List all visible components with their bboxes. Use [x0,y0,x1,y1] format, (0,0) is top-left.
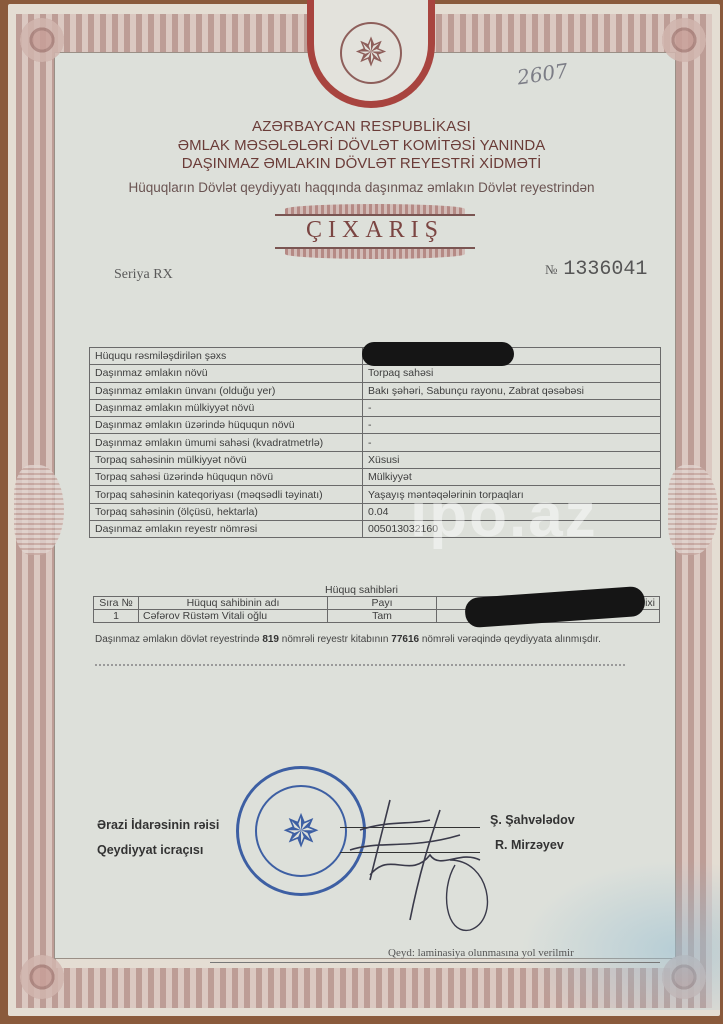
header-subtitle: Hüquqların Dövlət qeydiyyatı haqqında da… [0,180,723,195]
header-line-2: ƏMLAK MƏSƏLƏLƏRİ DÖVLƏT KOMİTƏSİ YANINDA [0,137,723,154]
table-cell: Tam [328,610,437,623]
reg-text-part: nömrəli vərəqində qeydiyyata alınmışdır. [422,634,601,645]
property-field-value: Bakı şəhəri, Sabunçu rayonu, Zabrat qəsə… [363,382,661,399]
property-field-label: Hüququ rəsmiləşdirilən şəxs [90,348,363,365]
table-cell: Cəfərov Rüstəm Vitali oğlu [139,610,328,623]
note-underline [210,962,660,963]
table-row: Daşınmaz əmlakın növüTorpaq sahəsi [90,365,661,382]
document-number: №1336041 [545,258,647,281]
property-field-label: Daşınmaz əmlakın üzərində hüququn növü [90,417,363,434]
title-ornament-bottom [285,249,465,259]
photo-glare [520,860,720,1010]
reg-text-part: nömrəli reyestr kitabının [282,634,389,645]
header-line-3: DAŞINMAZ ƏMLAKIN DÖVLƏT REYESTRİ XİDMƏTİ [0,155,723,172]
title-block: ÇIXARIŞ [275,204,475,256]
state-emblem-icon: ✵ [340,22,402,84]
table-row: Torpaq sahəsinin mülkiyyət növüXüsusi [90,451,661,468]
side-ornament-left [14,465,64,555]
header-line-1: AZƏRBAYCAN RESPUBLİKASI [0,118,723,135]
property-field-label: Daşınmaz əmlakın ümumi sahəsi (kvadratme… [90,434,363,451]
header-cell: Payı [328,597,437,610]
property-field-value: - [363,434,661,451]
property-field-label: Daşınmaz əmlakın növü [90,365,363,382]
dotted-line [95,664,625,666]
property-field-label: Torpaq sahəsinin mülkiyyət növü [90,451,363,468]
series-label: Seriya RX [114,267,173,283]
property-field-value: - [363,399,661,416]
table-row: Daşınmaz əmlakın ümumi sahəsi (kvadratme… [90,434,661,451]
header-cell: Hüquq sahibinin adı [139,597,328,610]
property-field-label: Daşınmaz əmlakın mülkiyyət növü [90,399,363,416]
title-rule-top [275,214,475,216]
page-number: 77616 [391,634,419,645]
table-row: Daşınmaz əmlakın üzərində hüququn növü- [90,417,661,434]
table-row: Daşınmaz əmlakın ünvanı (olduğu yer)Bakı… [90,382,661,399]
side-ornament-right [668,465,718,555]
document-title: ÇIXARIŞ [275,217,475,244]
property-field-label: Daşınmaz əmlakın ünvanı (olduğu yer) [90,382,363,399]
title-ornament-top [285,204,465,214]
property-field-label: Torpaq sahəsi üzərində hüququn növü [90,469,363,486]
watermark: ıpo.az [410,480,598,551]
signatory-role-2: Qeydiyyat icraçısı [97,843,203,857]
redaction-mark [362,342,514,366]
corner-rosette-icon [20,955,64,999]
header-cell: Sıra № [94,597,139,610]
lamination-note: Qeyd: laminasiya olunmasına yol verilmir [388,947,574,959]
signatory-role-1: Ərazi İdarəsinin rəisi [97,818,219,832]
table-cell: 1 [94,610,139,623]
corner-rosette-icon [662,18,706,62]
property-field-label: Torpaq sahəsinin (ölçüsü, hektarla) [90,503,363,520]
property-field-label: Daşınmaz əmlakın reyestr nömrəsi [90,520,363,537]
book-number: 819 [262,634,279,645]
property-field-value: - [363,417,661,434]
property-field-label: Torpaq sahəsinin kateqoriyası (məqsədli … [90,486,363,503]
table-row: Daşınmaz əmlakın mülkiyyət növü- [90,399,661,416]
document-number-value: 1336041 [563,258,647,281]
handwritten-signature [330,780,530,940]
number-sign: № [545,262,557,277]
corner-rosette-icon [20,18,64,62]
registration-text: Daşınmaz əmlakın dövlət reyestrində 819 … [95,633,630,647]
property-field-value: Torpaq sahəsi [363,365,661,382]
property-field-value: Xüsusi [363,451,661,468]
reg-text-part: Daşınmaz əmlakın dövlət reyestrində [95,634,260,645]
